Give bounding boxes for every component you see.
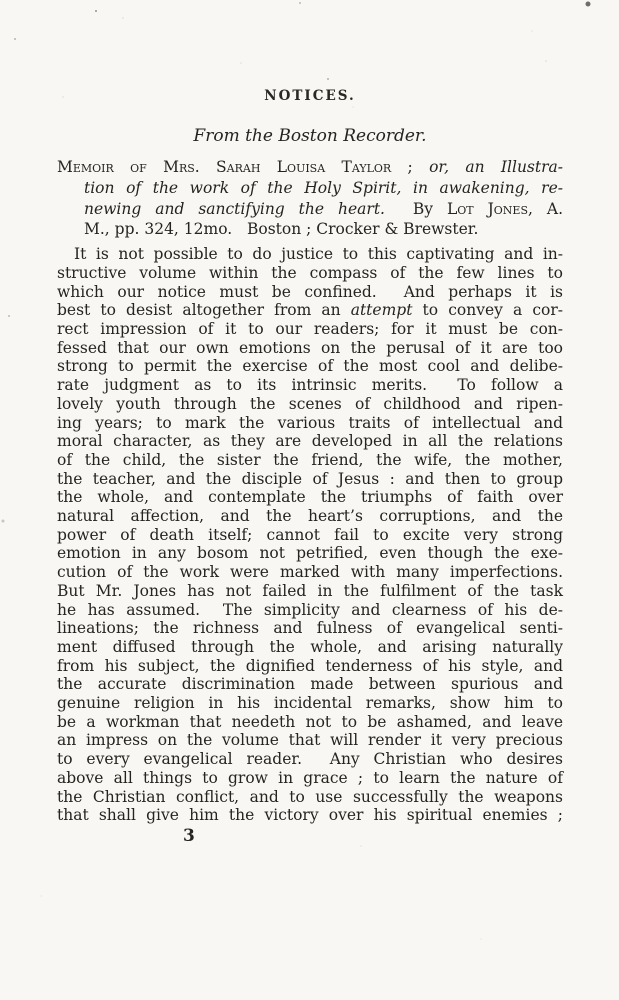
text-line: the teacher, and the disciple of Jesus :… xyxy=(57,470,563,489)
text-line: Memoir of Mrs. Sarah Louisa Taylor ; or,… xyxy=(57,157,563,178)
source-attribution: From the Boston Recorder. xyxy=(57,126,563,146)
text-line: tion of the work of the Holy Spirit, in … xyxy=(57,178,563,199)
text-line: from his subject, the dignified tenderne… xyxy=(57,657,563,676)
text-segment: be a workman that needeth not to be asha… xyxy=(57,713,563,731)
text-line: It is not possible to do justice to this… xyxy=(57,245,563,264)
text-segment: strong to permit the exercise of the mos… xyxy=(57,357,563,375)
text-segment: newing and sanctifying the heart. xyxy=(84,200,385,218)
text-segment: , A. xyxy=(528,200,563,218)
page-content: NOTICES. From the Boston Recorder. Memoi… xyxy=(57,0,563,846)
text-segment: of the child, the sister the friend, the… xyxy=(57,451,563,469)
text-line: lineations; the richness and fulness of … xyxy=(57,619,563,638)
text-segment: fessed that our own emotions on the peru… xyxy=(57,339,563,357)
text-line: emotion in any bosom not petrified, even… xyxy=(57,544,563,563)
text-segment: above all things to grow in grace ; to l… xyxy=(57,769,563,787)
book-citation: Memoir of Mrs. Sarah Louisa Taylor ; or,… xyxy=(57,157,563,240)
text-segment: tion of the work of the Holy Spirit, in … xyxy=(84,179,563,197)
text-line: ing years; to mark the various traits of… xyxy=(57,414,563,433)
scanned-book-page: NOTICES. From the Boston Recorder. Memoi… xyxy=(0,0,619,1000)
text-line: which our notice must be confined. And p… xyxy=(57,283,563,302)
text-segment: he has assumed. The simplicity and clear… xyxy=(57,601,563,619)
text-segment: to every evangelical reader. Any Christi… xyxy=(57,750,563,768)
running-head: NOTICES. xyxy=(57,88,563,104)
text-line: structive volume within the compass of t… xyxy=(57,264,563,283)
text-segment: M., pp. 324, 12mo. Boston ; Crocker & Br… xyxy=(84,220,478,238)
text-line: power of death itself; cannot fail to ex… xyxy=(57,526,563,545)
text-line: best to desist altogether from an attemp… xyxy=(57,301,563,320)
text-segment: structive volume within the compass of t… xyxy=(57,264,563,282)
text-segment: which our notice must be confined. And p… xyxy=(57,283,563,301)
text-segment: power of death itself; cannot fail to ex… xyxy=(57,526,563,544)
text-segment: the Christian conflict, and to use succe… xyxy=(57,788,563,806)
text-line: above all things to grow in grace ; to l… xyxy=(57,769,563,788)
text-line: the accurate discrimination made between… xyxy=(57,675,563,694)
text-line: newing and sanctifying the heart. By Lot… xyxy=(57,199,563,220)
text-segment: natural affection, and the heart’s corru… xyxy=(57,507,563,525)
text-line: rate judgment as to its intrinsic merits… xyxy=(57,376,563,395)
text-line: moral character, as they are developed i… xyxy=(57,432,563,451)
text-segment: the whole, and contemplate the triumphs … xyxy=(57,488,563,506)
text-line: an impress on the volume that will rende… xyxy=(57,731,563,750)
text-segment: emotion in any bosom not petrified, even… xyxy=(57,544,563,562)
text-line: M., pp. 324, 12mo. Boston ; Crocker & Br… xyxy=(57,219,563,240)
text-segment: rect impression of it to our readers; fo… xyxy=(57,320,563,338)
text-line: that shall give him the victory over his… xyxy=(57,806,563,825)
text-segment: to convey a cor- xyxy=(412,301,563,319)
text-line: of the child, the sister the friend, the… xyxy=(57,451,563,470)
text-segment: attempt xyxy=(351,301,413,319)
text-segment: an impress on the volume that will rende… xyxy=(57,731,563,749)
text-line: But Mr. Jones has not failed in the fulf… xyxy=(57,582,563,601)
text-segment: best to desist altogether from an xyxy=(57,301,351,319)
text-line: to every evangelical reader. Any Christi… xyxy=(57,750,563,769)
text-line: natural affection, and the heart’s corru… xyxy=(57,507,563,526)
page-number: 3 xyxy=(57,826,563,846)
text-line: genuine religion in his incidental remar… xyxy=(57,694,563,713)
text-segment: genuine religion in his incidental remar… xyxy=(57,694,563,712)
text-line: rect impression of it to our readers; fo… xyxy=(57,320,563,339)
text-segment: ment diffused through the whole, and ari… xyxy=(57,638,563,656)
text-line: fessed that our own emotions on the peru… xyxy=(57,339,563,358)
text-line: the whole, and contemplate the triumphs … xyxy=(57,488,563,507)
text-line: cution of the work were marked with many… xyxy=(57,563,563,582)
text-segment: It is not possible to do justice to this… xyxy=(74,245,563,263)
text-segment: the teacher, and the disciple of Jesus :… xyxy=(57,470,563,488)
text-segment: rate judgment as to its intrinsic merits… xyxy=(57,376,563,394)
text-line: lovely youth through the scenes of child… xyxy=(57,395,563,414)
text-line: be a workman that needeth not to be asha… xyxy=(57,713,563,732)
text-segment: the accurate discrimination made between… xyxy=(57,675,563,693)
text-segment: moral character, as they are developed i… xyxy=(57,432,563,450)
text-segment: cution of the work were marked with many… xyxy=(57,563,563,581)
text-segment: By xyxy=(385,200,447,218)
text-line: the Christian conflict, and to use succe… xyxy=(57,788,563,807)
review-paragraph: It is not possible to do justice to this… xyxy=(57,245,563,825)
text-segment: But Mr. Jones has not failed in the fulf… xyxy=(57,582,563,600)
text-segment: from his subject, the dignified tenderne… xyxy=(57,657,563,675)
text-segment: ; xyxy=(391,158,429,176)
text-line: ment diffused through the whole, and ari… xyxy=(57,638,563,657)
text-line: he has assumed. The simplicity and clear… xyxy=(57,601,563,620)
text-segment: that shall give him the victory over his… xyxy=(57,806,563,824)
scan-specks xyxy=(0,0,2,2)
text-segment: or, an Illustra- xyxy=(429,158,563,176)
text-line: strong to permit the exercise of the mos… xyxy=(57,357,563,376)
text-segment: Memoir of Mrs. Sarah Louisa Taylor xyxy=(57,158,391,176)
text-segment: Lot Jones xyxy=(447,200,528,218)
text-segment: lineations; the richness and fulness of … xyxy=(57,619,563,637)
text-segment: lovely youth through the scenes of child… xyxy=(57,395,563,413)
text-segment: ing years; to mark the various traits of… xyxy=(57,414,563,432)
